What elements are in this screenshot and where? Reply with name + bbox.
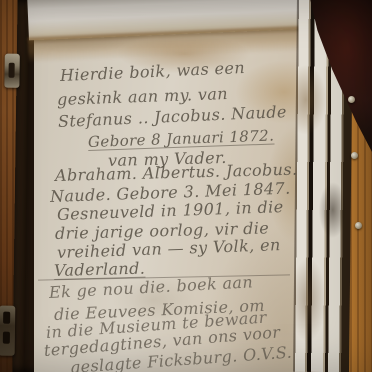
handwritten-inscription: Hierdie boik, was een geskink aan my. va… [0,0,372,372]
manuscript-line: Hierdie boik, was een [60,58,246,85]
book-flyleaf-photo: Hierdie boik, was een geskink aan my. va… [0,0,372,372]
manuscript-line-underlined: Gebore 8 Januari 1872. [88,127,275,151]
